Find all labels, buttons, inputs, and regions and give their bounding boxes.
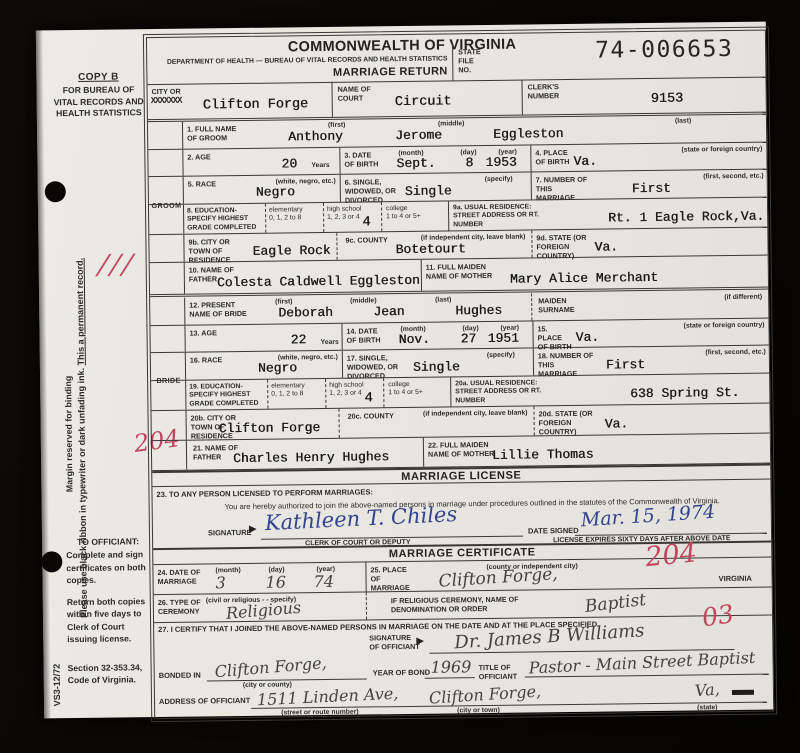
bride-age-label: 13. AGE xyxy=(189,328,216,337)
state-file-number: 74-006653 xyxy=(595,36,733,64)
groom-race-value: Negro xyxy=(256,184,295,199)
groom-mother-cell: 11. FULL MAIDEN NAME OF MOTHER Mary Alic… xyxy=(422,256,768,291)
groom-edu-highschool: high school 1, 2, 3 or 4 4 xyxy=(324,202,382,232)
bride-res-state-cell: 20d. STATE (OR FOREIGN COUNTRY) Va. xyxy=(534,404,769,436)
copy-designation: COPY B FOR BUREAU OF VITAL RECORDS AND H… xyxy=(50,71,147,120)
bride-side-spacer xyxy=(152,441,187,470)
groom-education-cell: 8. EDUCATION-SPECIFY HIGHEST GRADE COMPL… xyxy=(184,204,266,234)
groom-edu-elementary: elementary 0, 1, 2 to 8 xyxy=(266,203,324,233)
officiant-signature-label: SIGNATURE OF OFFICIANT xyxy=(369,633,421,652)
groom-res-state-label: 9d. STATE (OR FOREIGN COUNTRY) xyxy=(536,233,596,261)
bride-side-spacer xyxy=(151,353,186,380)
groom-side-spacer xyxy=(150,263,185,294)
bride-father-value: Charles Henry Hughes xyxy=(233,449,389,466)
groom-name-label: 1. FULL NAME OF GROOM xyxy=(187,124,245,143)
bride-race-value: Negro xyxy=(258,360,297,375)
punch-hole-top xyxy=(45,181,66,202)
groom-mother-label: 11. FULL MAIDEN NAME OF MOTHER xyxy=(426,262,506,281)
bride-mother-value: Lillie Thomas xyxy=(492,447,594,463)
cert-place-label: 25. PLACE OF MARRIAGE xyxy=(370,565,418,593)
bride-education-cell: 19. EDUCATION-SPECIFY HIGHEST GRADE COMP… xyxy=(186,380,268,410)
edu-college-line2: 1 to 4 or 5+ xyxy=(386,213,421,222)
marriage-return-paper: COPY B FOR BUREAU OF VITAL RECORDS AND H… xyxy=(36,22,774,719)
officiant-note-2: Return both copies within five days to C… xyxy=(67,595,152,646)
form-subtitle: DEPARTMENT OF HEALTH — BUREAU OF VITAL R… xyxy=(163,55,451,66)
license-section: 23. TO ANY PERSON LICENSED TO PERFORM MA… xyxy=(152,480,771,549)
bride-dob-year: 1951 xyxy=(488,331,519,346)
groom-birthplace-cell: 4. PLACE OF BIRTH (state or foreign coun… xyxy=(531,143,766,172)
groom-marriage-no-value: First xyxy=(632,181,671,196)
bride-res-city-cell: 20b. CITY OR TOWN OF RESIDENCE Clifton F… xyxy=(186,409,339,440)
clerk-cell: CLERK'S NUMBER 9153 xyxy=(522,77,765,115)
bride-age-value: 22 xyxy=(291,332,307,347)
cert-date-year: 74 xyxy=(313,574,334,590)
bride-dob-label: 14. DATE OF BIRTH xyxy=(346,326,384,344)
groom-dob-cell: 3. DATE OF BIRTH (month) (day) (year) Se… xyxy=(340,145,531,173)
groom-education-label: 8. EDUCATION-SPECIFY HIGHEST GRADE COMPL… xyxy=(187,207,263,233)
officiant-title-label: TITLE OF OFFICIANT xyxy=(479,663,523,682)
bride-marriage-no-value: First xyxy=(606,357,645,372)
bride-res-state-label: 20d. STATE (OR FOREIGN COUNTRY) xyxy=(538,409,598,437)
officiant-instructions: TO OFFICIANT: Complete and sign certific… xyxy=(66,535,152,696)
clerk-value: 9153 xyxy=(651,92,684,107)
bride-maiden-cell: MAIDEN SURNAME (if different) xyxy=(532,291,768,321)
cert-place-cell: 25. PLACE OF MARRIAGE (county or indepen… xyxy=(366,558,771,592)
bride-age-cell: 13. AGE 22 Years xyxy=(185,324,342,352)
bride-res-county-cell: 20c. COUNTY (if independent city, leave … xyxy=(339,406,534,437)
cert-date-day: 16 xyxy=(265,574,286,590)
form-title: COMMONWEALTH OF VIRGINIA xyxy=(257,36,547,56)
groom-dob-label: 3. DATE OF BIRTH xyxy=(344,150,382,168)
groom-res-city-cell: 9b. CITY OR TOWN OF RESIDENCE Eagle Rock xyxy=(184,233,337,262)
city-value: Clifton Forge xyxy=(203,97,309,113)
scan-smudge xyxy=(732,690,754,695)
bride-last-name: Hughes xyxy=(455,303,502,319)
cap-last: (last) xyxy=(435,296,451,303)
groom-res-county-label: 9c. COUNTY xyxy=(345,235,387,245)
edu-elem-line2: 0, 1, 2 to 8 xyxy=(271,390,303,399)
groom-age-cell: 2. AGE 20 Years xyxy=(183,148,340,176)
groom-residence-value: Rt. 1 Eagle Rock,Va. xyxy=(608,209,764,226)
groom-residence-label: 9a. USUAL RESIDENCE: STREET ADDRESS OR R… xyxy=(453,203,545,230)
bride-residence-label: 20a. USUAL RESIDENCE: STREET ADDRESS OR … xyxy=(455,379,547,406)
cert-place-state-label: VIRGINIA xyxy=(719,574,752,584)
city-cell: CITY OR XXXXXXX Clifton Forge xyxy=(147,82,332,119)
bride-mother-cell: 22. FULL MAIDEN NAME OF MOTHER Lillie Th… xyxy=(424,434,770,467)
groom-mother-value: Mary Alice Merchant xyxy=(510,270,658,287)
groom-res-state-value: Va. xyxy=(594,239,618,254)
bride-side-spacer xyxy=(150,326,185,352)
cert-date-cell: 24. DATE OF MARRIAGE (month) (day) (year… xyxy=(153,562,366,594)
groom-birthplace-label: 4. PLACE OF BIRTH xyxy=(535,148,569,166)
bride-race-label: 16. RACE xyxy=(190,355,222,364)
cert-address-row: ADDRESS OF OFFICIANT 1511 Linden Ave, (s… xyxy=(155,682,773,719)
groom-marriage-no-cell: 7. NUMBER OF THIS MARRIAGE (first, secon… xyxy=(532,170,767,200)
cert-ceremony-cell: 26. TYPE OF CEREMONY (civil or religious… xyxy=(154,592,367,622)
bride-side-spacer xyxy=(150,298,185,325)
license-signature-label: SIGNATURE xyxy=(208,528,252,538)
bonded-in-line xyxy=(207,656,367,681)
bride-marital-value: Single xyxy=(413,359,460,375)
officiant-title-line xyxy=(524,652,768,678)
bride-res-city-value: Clifton Forge xyxy=(219,420,321,436)
bride-education-value: 4 xyxy=(364,390,373,406)
edu-elem-line2: 0, 1, 2 to 8 xyxy=(269,214,301,223)
address-city-cap: (city or town) xyxy=(457,707,500,715)
binding-margin-note: Margin reserved for binding xyxy=(63,376,74,492)
bride-dob-cell: 14. DATE OF BIRTH (month) (day) (year) N… xyxy=(342,321,533,349)
bride-edu-highschool: high school 1, 2, 3 or 4 4 xyxy=(326,378,384,408)
groom-age-value: 20 xyxy=(281,156,297,171)
groom-res-county-cell: 9c. COUNTY (if independent city, leave b… xyxy=(337,230,532,259)
cap-state-foreign: (state or foreign country) xyxy=(681,146,762,154)
bride-father-cell: 21. NAME OF FATHER Charles Henry Hughes xyxy=(187,438,424,470)
cap-middle: (middle) xyxy=(438,120,465,127)
groom-res-city-label: 9b. CITY OR TOWN OF RESIDENCE xyxy=(188,237,246,265)
edu-hs-line2: 1, 2, 3 or 4 xyxy=(329,390,362,399)
groom-res-city-value: Eagle Rock xyxy=(252,243,330,259)
date-signed-label: DATE SIGNED xyxy=(528,526,579,536)
groom-marriage-no-label: 7. NUMBER OF THIS MARRIAGE xyxy=(536,175,592,203)
bride-birthplace-value: Va. xyxy=(576,330,600,345)
groom-side-spacer xyxy=(148,150,183,176)
officiant-signature-line xyxy=(429,624,734,654)
groom-residence-cell: 9a. USUAL RESIDENCE: STREET ADDRESS OR R… xyxy=(449,198,767,231)
bride-res-state-value: Va. xyxy=(605,416,629,431)
bride-residence-cell: 20a. USUAL RESIDENCE: STREET ADDRESS OR … xyxy=(451,374,769,407)
bride-edu-college: college 1 to 4 or 5+ xyxy=(384,377,451,407)
groom-marital-value: Single xyxy=(405,183,452,199)
bride-side-spacer xyxy=(151,381,186,410)
cert-date-label: 24. DATE OF MARRIAGE xyxy=(157,567,205,586)
bride-age-unit: Years xyxy=(321,339,339,346)
city-label: CITY OR xyxy=(152,87,181,96)
bride-marriage-no-label: 18. NUMBER OF THIS MARRIAGE xyxy=(538,351,594,379)
cert-date-month: 3 xyxy=(215,575,225,591)
groom-dob-year: 1953 xyxy=(485,155,516,170)
groom-marital-cell: 6. SINGLE, WIDOWED, OR DIVORCED (specify… xyxy=(341,172,532,201)
cap-if-different: (if different) xyxy=(724,294,762,301)
groom-dob-month: Sept. xyxy=(396,156,435,171)
marriage-return-form: COMMONWEALTH OF VIRGINIA DEPARTMENT OF H… xyxy=(146,30,774,720)
clerk-label: CLERK'S NUMBER xyxy=(527,82,567,100)
cap-independent: (if independent city, leave blank) xyxy=(421,234,526,242)
groom-side-spacer xyxy=(148,122,183,149)
groom-side-spacer xyxy=(149,177,184,204)
cap-marriage-no: (first, second, etc.) xyxy=(705,349,766,357)
bride-first-name: Deborah xyxy=(278,305,333,321)
bride-res-county-label: 20c. COUNTY xyxy=(348,411,394,421)
bride-middle-name: Jean xyxy=(373,304,404,319)
groom-res-state-cell: 9d. STATE (OR FOREIGN COUNTRY) Va. xyxy=(532,228,767,258)
officiant-note-1: Complete and sign certificates on both c… xyxy=(66,549,150,587)
bride-name-cell: 12. PRESENT NAME OF BRIDE (first) (middl… xyxy=(185,293,532,324)
bride-dob-month: Nov. xyxy=(399,332,430,347)
form-code: VS3-12/72 xyxy=(52,664,63,707)
groom-father-value: Colesta Caldwell Eggleston xyxy=(217,273,420,290)
cap-specify: (specify) xyxy=(487,352,515,359)
cap-independent: (if independent city, leave blank) xyxy=(423,410,528,418)
groom-dob-day: 8 xyxy=(465,155,473,170)
bride-residence-value: 638 Spring St. xyxy=(630,385,739,401)
copy-label: COPY B xyxy=(50,71,146,83)
red-annotation-groom: /// xyxy=(97,251,137,278)
bride-name-label: 12. PRESENT NAME OF BRIDE xyxy=(189,300,249,319)
bride-marital-label: 17. SINGLE, WIDOWED, OR DIVORCED xyxy=(347,353,419,381)
court-label: NAME OF COURT xyxy=(338,84,380,103)
cap-state-foreign: (state or foreign country) xyxy=(684,322,765,330)
groom-edu-college: college 1 to 4 or 5+ xyxy=(382,201,449,231)
officiant-note-title: TO OFFICIANT: xyxy=(66,535,150,548)
permanent-record-note: This a permanent record. xyxy=(75,258,86,366)
officiant-address-label: ADDRESS OF OFFICIANT xyxy=(159,696,250,706)
cert-denomination-value: Baptist xyxy=(584,592,647,616)
bride-marriage-no-cell: 18. NUMBER OF THIS MARRIAGE (first, seco… xyxy=(534,346,769,376)
bride-side-spacer xyxy=(151,411,186,440)
groom-race-cell: 5. RACE (white, negro, etc.) Negro xyxy=(184,175,341,204)
groom-age-unit: Years xyxy=(311,162,329,169)
court-value: Circuit xyxy=(395,94,452,110)
groom-age-label: 2. AGE xyxy=(187,152,210,161)
groom-education-value: 4 xyxy=(362,214,371,230)
address-state-value: Va, xyxy=(694,681,720,699)
bride-race-cell: 16. RACE (white, negro, etc.) Negro xyxy=(186,351,343,380)
bride-education-label: 19. EDUCATION-SPECIFY HIGHEST GRADE COMP… xyxy=(189,383,265,409)
groom-middle-name: Jerome xyxy=(395,128,442,144)
groom-father-cell: 10. NAME OF FATHER Colesta Caldwell Eggl… xyxy=(185,260,422,294)
bond-year-label: YEAR OF BOND xyxy=(373,668,431,678)
copy-sublabel: FOR BUREAU OF VITAL RECORDS AND HEALTH S… xyxy=(50,84,146,120)
date-signed-line xyxy=(575,508,767,536)
address-street-cap: (street or route number) xyxy=(281,709,359,717)
scanned-document-background: COPY B FOR BUREAU OF VITAL RECORDS AND H… xyxy=(0,0,800,753)
signature-arrow-icon: ▶ xyxy=(416,636,424,647)
state-file-label: STATE FILE NO. xyxy=(458,47,484,74)
red-annotation-place: 204 xyxy=(644,539,698,571)
bride-edu-elementary: elementary 0, 1, 2 to 8 xyxy=(268,379,326,409)
bride-birthplace-cell: 15. PLACE OF BIRTH (state or foreign cou… xyxy=(533,319,768,348)
bonded-in-label: BONDED IN xyxy=(159,671,201,681)
bride-marital-cell: 17. SINGLE, WIDOWED, OR DIVORCED (specif… xyxy=(343,348,534,377)
cap-marriage-no: (first, second, etc.) xyxy=(703,173,764,181)
cap-last: (last) xyxy=(675,117,691,124)
edu-hs-line2: 1, 2, 3 or 4 xyxy=(327,214,360,223)
groom-birthplace-value: Va. xyxy=(573,154,597,169)
groom-first-name: Anthony xyxy=(288,129,343,145)
edu-college-line2: 1 to 4 or 5+ xyxy=(388,389,423,398)
bride-maiden-label: MAIDEN SURNAME xyxy=(538,296,598,315)
bride-dob-day: 27 xyxy=(461,331,477,346)
clerk-signature-line xyxy=(261,511,523,540)
groom-res-county-value: Botetourt xyxy=(395,241,465,257)
cert-ceremony-value: Religious xyxy=(225,600,301,622)
county-struck-out: XXXXXXX xyxy=(151,96,182,106)
groom-side-spacer xyxy=(149,235,184,262)
form-name: MARRIAGE RETURN xyxy=(329,65,451,78)
groom-last-name: Eggleston xyxy=(493,126,563,142)
cert-denomination-label: IF RELIGIOUS CEREMONY, NAME OF DENOMINAT… xyxy=(391,595,526,615)
bond-year-line xyxy=(424,655,474,679)
red-annotation-officiant: 03 xyxy=(700,601,735,631)
court-cell: NAME OF COURT Circuit xyxy=(332,80,522,117)
groom-side-spacer xyxy=(149,205,184,234)
groom-race-label: 5. RACE xyxy=(188,179,216,188)
cap-specify: (specify) xyxy=(485,176,513,183)
punch-hole-bottom xyxy=(41,551,62,572)
license-to-label: 23. TO ANY PERSON LICENSED TO PERFORM MA… xyxy=(156,487,373,499)
cert-place-value: Clifton Forge, xyxy=(438,566,558,591)
address-state-cap: (state) xyxy=(697,704,717,711)
officiant-note-3: Section 32-353.34, Code of Virginia. xyxy=(68,661,152,687)
cert-ceremony-label: 26. TYPE OF CEREMONY xyxy=(158,597,204,616)
signature-arrow-icon: ▶ xyxy=(249,524,257,535)
